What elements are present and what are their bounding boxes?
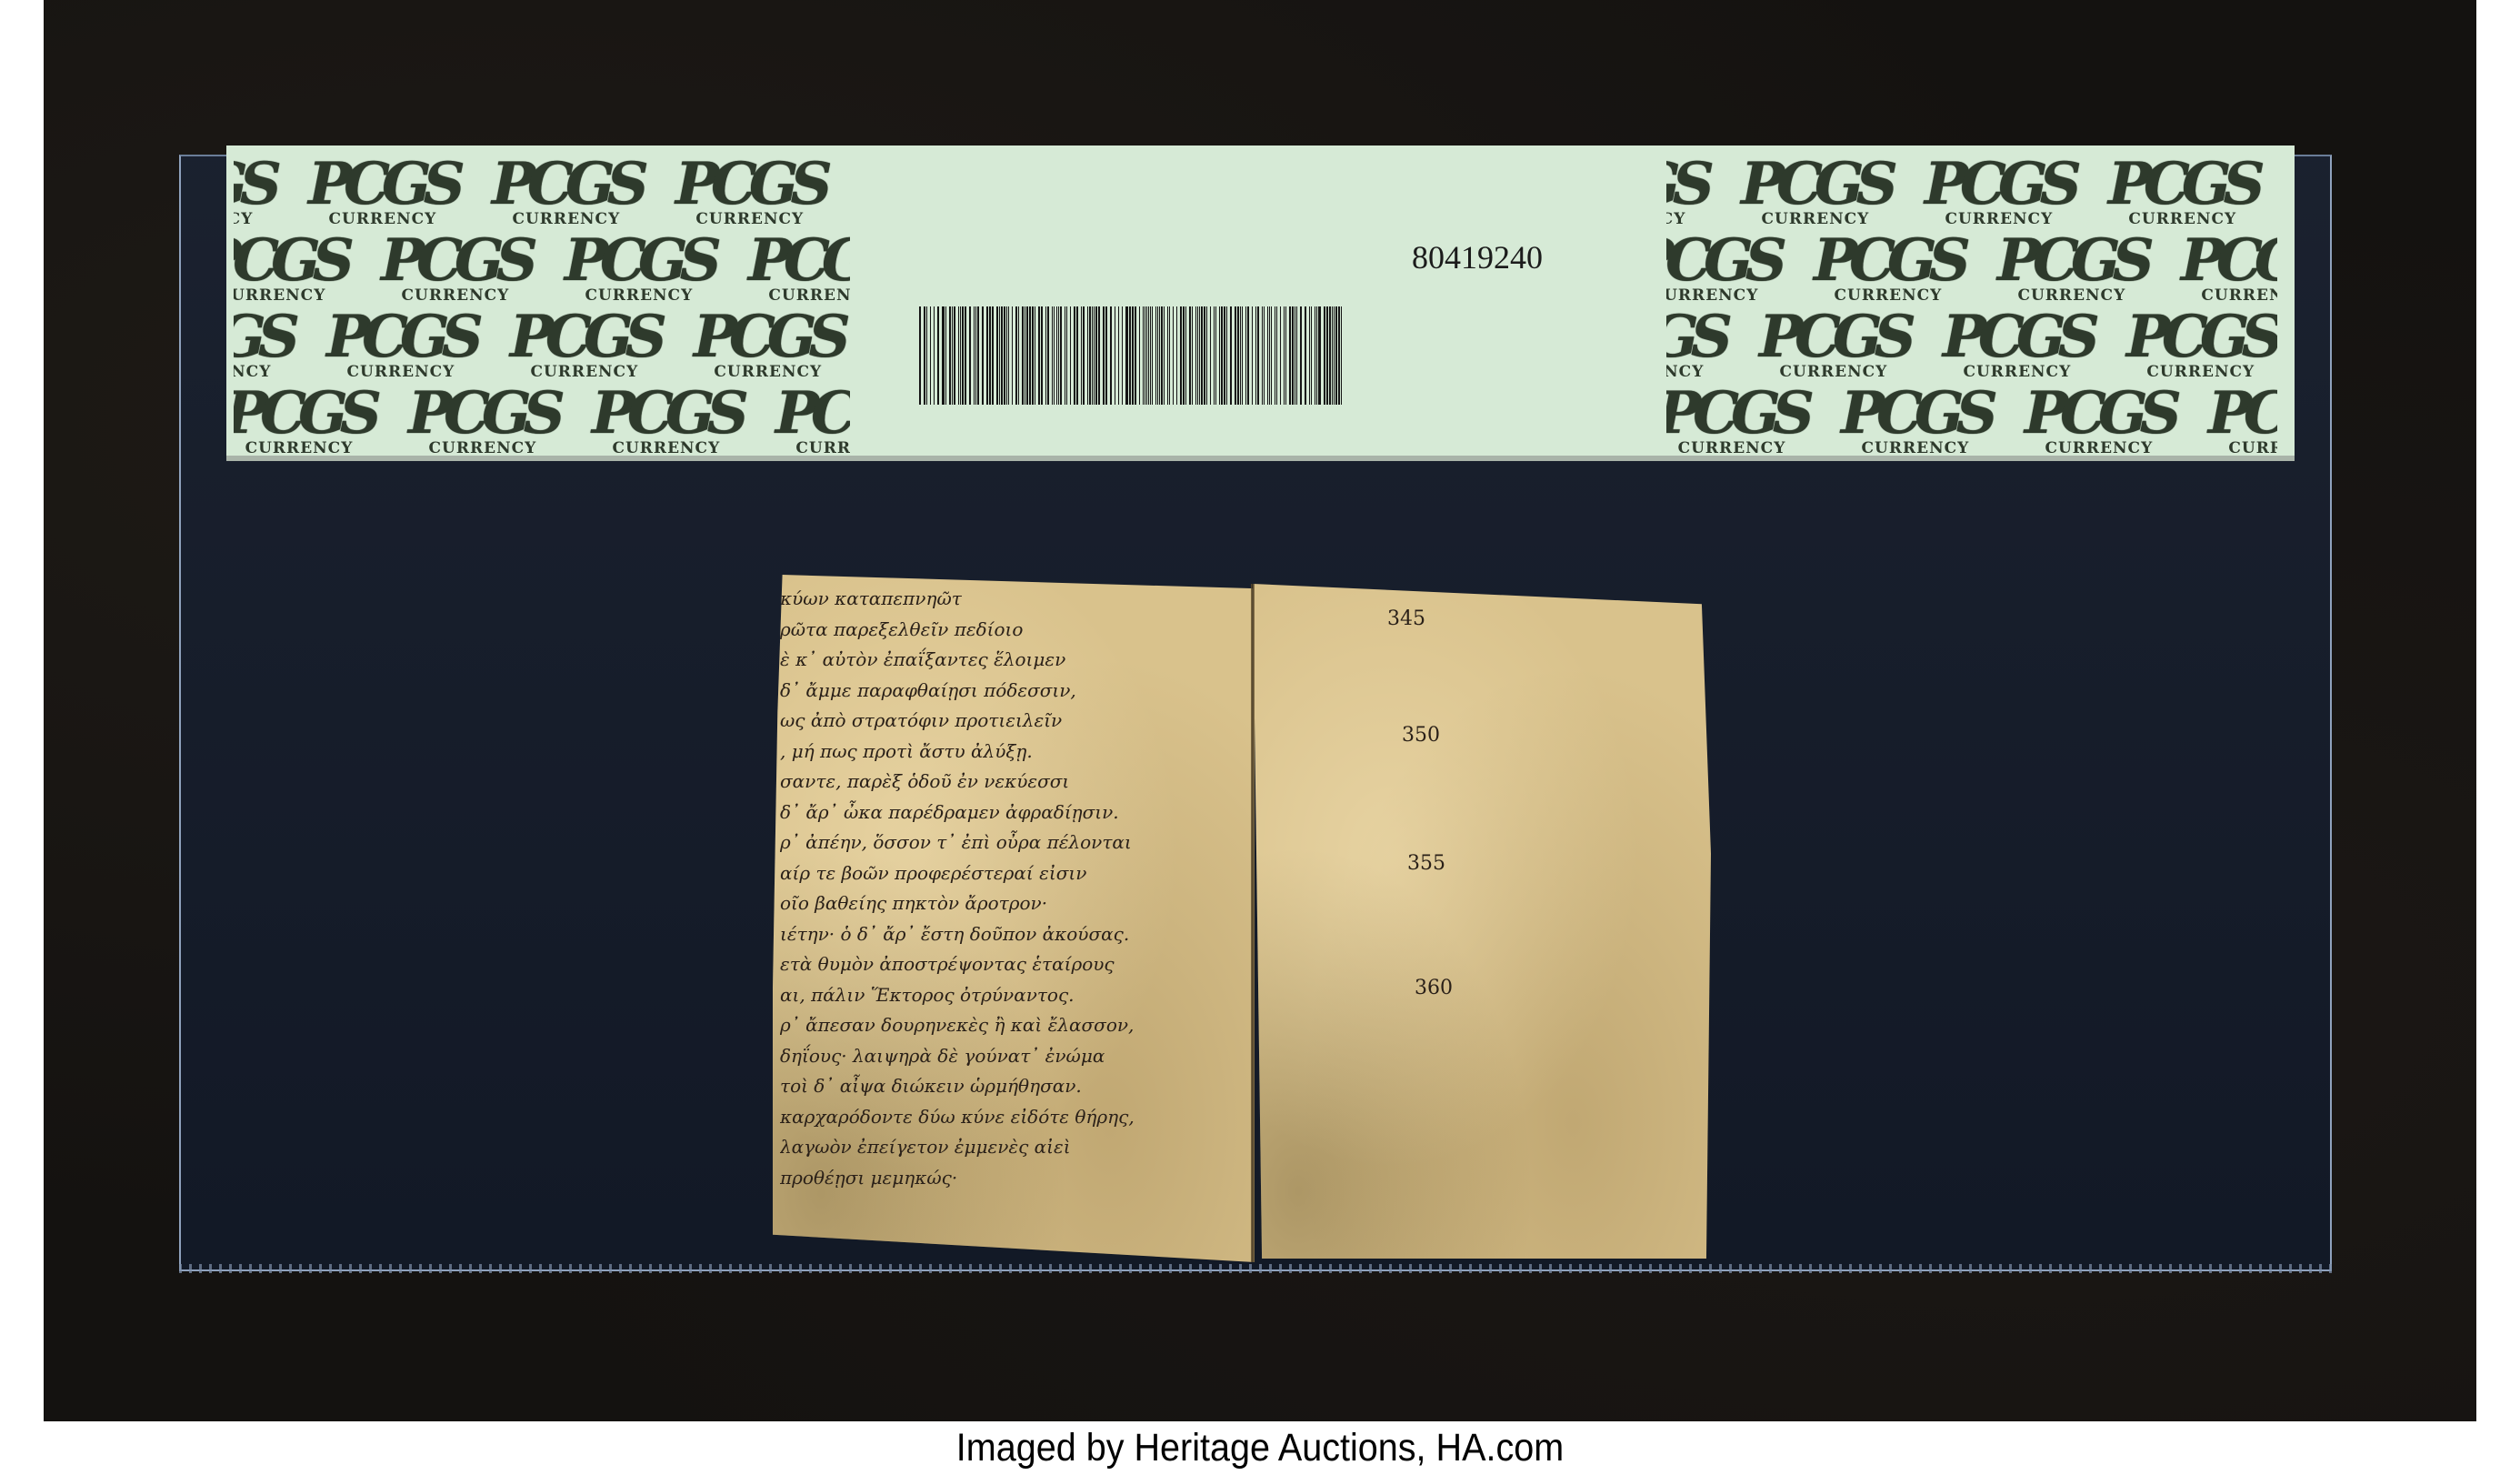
barcode [919, 306, 1343, 405]
barcode-bar [1066, 306, 1067, 405]
pcgs-logo-icon: PCGSCURRENCY [234, 158, 274, 227]
barcode-bar [919, 306, 921, 405]
barcode-bar [1269, 306, 1270, 405]
barcode-bar [1247, 306, 1249, 405]
pcgs-logo-icon: PCGSCURRENCY [2181, 235, 2277, 304]
barcode-bar [974, 306, 975, 405]
barcode-bar [1056, 306, 1057, 405]
barcode-bar [1058, 306, 1059, 405]
barcode-bar [1045, 306, 1046, 405]
barcode-bar [1118, 306, 1119, 405]
barcode-bar [954, 306, 955, 405]
pcgs-logo-icon: PCGSCURRENCY [234, 311, 292, 380]
pcgs-logo-icon: PCGSCURRENCY [492, 158, 641, 227]
pcgs-logo-icon: PCGSCURRENCY [2208, 387, 2277, 456]
barcode-bar [1235, 306, 1236, 405]
barcode-bar [982, 306, 983, 405]
barcode-bar [1094, 306, 1095, 405]
text-line: δηΐους· λαιψηρὰ δὲ γούνατ᾽ ἐνώμα [780, 1041, 1253, 1072]
greek-text: κύων καταπεπνηῶτ ρῶτα παρεξελθεῖν πεδίοι… [780, 584, 1253, 1193]
text-line: ρῶτα παρεξελθεῖν πεδίοιο [780, 615, 1253, 646]
barcode-bar [1076, 306, 1078, 405]
barcode-bar [992, 306, 994, 405]
logo-row: PCGSCURRENCYPCGSCURRENCYPCGSCURRENCYPCGS… [1666, 158, 2277, 227]
barcode-bar [990, 306, 991, 405]
line-number: 350 [1402, 724, 1440, 747]
pcgs-logo-icon: PCGSCURRENCY [308, 158, 457, 227]
pcgs-logo-icon: PCGSCURRENCY [2025, 387, 2174, 456]
barcode-bar [1038, 306, 1040, 405]
barcode-bar [1180, 306, 1182, 405]
pcgs-label: PCGSCURRENCYPCGSCURRENCYPCGSCURRENCYPCGS… [226, 145, 2295, 461]
barcode-bar [1087, 306, 1088, 405]
pcgs-logo-icon: PCGSCURRENCY [1666, 387, 1806, 456]
barcode-bar [1185, 306, 1186, 405]
text-line: αι, πάλιν Ἕκτορος ὀτρύναντος. [780, 980, 1253, 1011]
barcode-bar [1237, 306, 1239, 405]
barcode-bar [1242, 306, 1243, 405]
barcode-bar [1143, 306, 1144, 405]
logo-row: PCGSCURRENCYPCGSCURRENCYPCGSCURRENCYPCGS… [234, 311, 850, 380]
barcode-bar [1152, 306, 1153, 405]
barcode-bar [1305, 306, 1306, 405]
text-line: , μή πως προτὶ ἄστυ ἀλύξῃ. [780, 737, 1253, 768]
barcode-bar [952, 306, 953, 405]
barcode-bar [1083, 306, 1085, 405]
logo-panel-right: PCGSCURRENCYPCGSCURRENCYPCGSCURRENCYPCGS… [1666, 145, 2277, 456]
barcode-bar [1139, 306, 1140, 405]
text-line: ιέτην· ὁ δ᾽ ἄρ᾽ ἔστη δοῦπον ἀκούσας. [780, 919, 1253, 950]
barcode-bar [1173, 306, 1174, 405]
barcode-bar [1319, 306, 1321, 405]
barcode-bar [977, 306, 979, 405]
logo-row: PCGSCURRENCYPCGSCURRENCYPCGSCURRENCYPCGS… [1666, 311, 2277, 380]
pcgs-logo-icon: PCGSCURRENCY [1943, 311, 2092, 380]
pcgs-logo-icon: PCGSCURRENCY [592, 387, 741, 456]
barcode-bar [1105, 306, 1107, 405]
barcode-bar [986, 306, 988, 405]
barcode-bar [1065, 306, 1065, 405]
barcode-bar [1257, 306, 1259, 405]
pcgs-logo-icon: PCGSCURRENCY [775, 387, 850, 456]
barcode-bar [1204, 306, 1205, 405]
barcode-bar [1161, 306, 1162, 405]
barcode-bar [975, 306, 976, 405]
text-line: καρχαρόδοντε δύω κύνε εἰδότε θήρης, [780, 1102, 1253, 1133]
pcgs-logo-icon: PCGSCURRENCY [675, 158, 825, 227]
barcode-bar [945, 306, 946, 405]
barcode-bar [1275, 306, 1275, 405]
barcode-bar [1054, 306, 1055, 405]
barcode-bar [1195, 306, 1196, 405]
pcgs-logo-icon: PCGSCURRENCY [2126, 311, 2275, 380]
barcode-bar [965, 306, 966, 405]
barcode-bar [1150, 306, 1151, 405]
barcode-bar [1255, 306, 1256, 405]
barcode-bar [924, 306, 925, 405]
barcode-bar [1129, 306, 1131, 405]
barcode-bar [1240, 306, 1241, 405]
pcgs-logo-icon: PCGSCURRENCY [694, 311, 843, 380]
barcode-bar [960, 306, 961, 405]
barcode-bar [962, 306, 964, 405]
barcode-bar [1267, 306, 1268, 405]
barcode-bar [1122, 306, 1123, 405]
barcode-bar [1060, 306, 1061, 405]
barcode-bar [1098, 306, 1100, 405]
barcode-bar [1316, 306, 1317, 405]
barcode-bar [1132, 306, 1134, 405]
barcode-bar [1284, 306, 1285, 405]
barcode-bar [1041, 306, 1043, 405]
barcode-bar [1089, 306, 1091, 405]
barcode-bar [1111, 306, 1112, 405]
barcode-bar [1192, 306, 1193, 405]
text-line: οῖο βαθείης πηκτὸν ἄροτρον· [780, 888, 1253, 919]
barcode-bar [996, 306, 998, 405]
barcode-bar [934, 306, 935, 405]
barcode-bar [942, 306, 943, 405]
pcgs-logo-icon: PCGSCURRENCY [748, 235, 850, 304]
text-line: ετὰ θυμὸν ἀποστρέψοντας ἑταίρους [780, 949, 1253, 980]
pcgs-logo-icon: PCGSCURRENCY [326, 311, 475, 380]
barcode-bar [1315, 306, 1315, 405]
barcode-bar [1157, 306, 1158, 405]
barcode-bar [1115, 306, 1115, 405]
barcode-bar [1135, 306, 1136, 405]
logo-row: PCGSCURRENCYPCGSCURRENCYPCGSCURRENCYPCGS… [234, 387, 850, 456]
barcode-bar [1015, 306, 1017, 405]
barcode-bar [1215, 306, 1216, 405]
barcode-bar [1146, 306, 1147, 405]
barcode-bar [1167, 306, 1168, 405]
barcode-bar [1095, 306, 1097, 405]
barcode-bar [1145, 306, 1145, 405]
barcode-bar [1335, 306, 1337, 405]
barcode-bar [1318, 306, 1319, 405]
fragment-left-page: κύων καταπεπνηῶτ ρῶτα παρεξελθεῖν πεδίοι… [773, 575, 1255, 1262]
barcode-bar [1126, 306, 1128, 405]
pcgs-logo-icon: PCGSCURRENCY [1666, 311, 1725, 380]
barcode-bar [1125, 306, 1126, 405]
barcode-bar [1155, 306, 1156, 405]
barcode-bar [1334, 306, 1335, 405]
barcode-bar [1292, 306, 1294, 405]
barcode-bar [1110, 306, 1111, 405]
barcode-bar [1338, 306, 1339, 405]
barcode-bar [1295, 306, 1295, 405]
barcode-bar [1061, 306, 1062, 405]
barcode-bar [1035, 306, 1035, 405]
pcgs-logo-icon: PCGSCURRENCY [1925, 158, 2074, 227]
pcgs-logo-icon: PCGSCURRENCY [1666, 158, 1706, 227]
barcode-bar [1148, 306, 1149, 405]
barcode-bar [1264, 306, 1265, 405]
logo-row: PCGSCURRENCYPCGSCURRENCYPCGSCURRENCYPCGS… [234, 235, 850, 304]
text-line: ως ἀπὸ στρατόφιν προτιειλεῖν [780, 706, 1253, 737]
barcode-bar [1081, 306, 1082, 405]
barcode-bar [1022, 306, 1023, 405]
fragment-right-page: 345 350 355 360 [1253, 584, 1711, 1259]
barcode-bar [1008, 306, 1009, 405]
barcode-bar [1341, 306, 1342, 405]
barcode-bar [1018, 306, 1019, 405]
barcode-bar [1074, 306, 1075, 405]
text-line: ρ᾽ ἄπεσαν δουρηνεκὲς ἢ καὶ ἔλασσον, [780, 1010, 1253, 1041]
barcode-bar [1252, 306, 1253, 405]
barcode-bar [1004, 306, 1005, 405]
barcode-bar [1276, 306, 1277, 405]
barcode-bar [1103, 306, 1104, 405]
barcode-bar [1296, 306, 1297, 405]
text-line: προθέῃσι μεμηκώς· [780, 1163, 1253, 1194]
barcode-bar [989, 306, 990, 405]
barcode-bar [1285, 306, 1286, 405]
text-line: τοὶ δ᾽ αἶψα διώκειν ὡρμήθησαν. [780, 1071, 1253, 1102]
pcgs-logo-icon: PCGSCURRENCY [1741, 158, 1890, 227]
pcgs-logo-icon: PCGSCURRENCY [510, 311, 659, 380]
barcode-bar [1221, 306, 1223, 405]
fragment-fold-tear [1251, 584, 1255, 1262]
text-line: ρ᾽ ἀπέην, ὅσσον τ᾽ ἐπὶ οὖρα πέλονται [780, 828, 1253, 858]
barcode-bar [1012, 306, 1013, 405]
barcode-bar [1245, 306, 1246, 405]
barcode-bar [1159, 306, 1160, 405]
barcode-bar [1001, 306, 1003, 405]
barcode-bar [1219, 306, 1220, 405]
barcode-bar [930, 306, 931, 405]
barcode-bar [999, 306, 1000, 405]
logo-row: PCGSCURRENCYPCGSCURRENCYPCGSCURRENCYPCGS… [1666, 235, 2277, 304]
barcode-bar [1176, 306, 1177, 405]
barcode-bar [943, 306, 945, 405]
pcgs-logo-icon: PCGSCURRENCY [565, 235, 714, 304]
pcgs-logo-icon: PCGSCURRENCY [1666, 235, 1779, 304]
barcode-bar [969, 306, 971, 405]
line-number: 355 [1407, 852, 1445, 875]
pcgs-logo-icon: PCGSCURRENCY [2108, 158, 2257, 227]
pcgs-logo-icon: PCGSCURRENCY [1814, 235, 1963, 304]
pcgs-logo-icon: PCGSCURRENCY [1997, 235, 2146, 304]
logo-panel-left: PCGSCURRENCYPCGSCURRENCYPCGSCURRENCYPCGS… [234, 145, 850, 456]
barcode-bar [1326, 306, 1328, 405]
barcode-bar [1226, 306, 1227, 405]
pcgs-logo-icon: PCGSCURRENCY [1841, 387, 1990, 456]
barcode-bar [1189, 306, 1191, 405]
barcode-bar [1311, 306, 1312, 405]
barcode-bar [958, 306, 959, 405]
barcode-bar [1052, 306, 1053, 405]
barcode-bar [1210, 306, 1211, 405]
barcode-bar [937, 306, 939, 405]
line-number: 360 [1415, 977, 1453, 999]
text-line: λαγωὸν ἐπείγετον ἐμμενὲς αἰεὶ [780, 1132, 1253, 1163]
barcode-bar [926, 306, 927, 405]
barcode-bar [1329, 306, 1331, 405]
barcode-bar [1047, 306, 1048, 405]
text-line: ὲ κ᾽ αὐτὸν ἐπαΐξαντες ἕλοιμεν [780, 645, 1253, 676]
text-line: δ᾽ ἄμμε παραφθαίῃσι πόδεσσιν, [780, 676, 1253, 707]
barcode-bar [1224, 306, 1225, 405]
barcode-bar [1025, 306, 1025, 405]
barcode-bar [1048, 306, 1049, 405]
barcode-bar [1070, 306, 1071, 405]
pcgs-logo-icon: PCGSCURRENCY [234, 387, 374, 456]
barcode-bar [1206, 306, 1207, 405]
text-line: αίρ τε βοῶν προφερέστεραί εἰσιν [780, 858, 1253, 889]
barcode-bar [1164, 306, 1165, 405]
barcode-bar [1006, 306, 1007, 405]
barcode-bar [1289, 306, 1291, 405]
barcode-bar [1230, 306, 1232, 405]
barcode-bar [949, 306, 951, 405]
image-credit-caption: Imaged by Heritage Auctions, HA.com [101, 1421, 2419, 1475]
pcgs-logo-icon: PCGSCURRENCY [408, 387, 557, 456]
barcode-bar [1309, 306, 1310, 405]
barcode-bar [1300, 306, 1302, 405]
logo-row: PCGSCURRENCYPCGSCURRENCYPCGSCURRENCYPCGS… [1666, 387, 2277, 456]
text-line: κύων καταπεπνηῶτ [780, 584, 1253, 615]
line-number: 345 [1387, 607, 1425, 630]
barcode-bar [1271, 306, 1272, 405]
barcode-bar [1197, 306, 1198, 405]
barcode-bar [1026, 306, 1028, 405]
text-line: σαντε, παρὲξ ὁδοῦ ἐν νεκύεσσι [780, 767, 1253, 798]
pcgs-logo-icon: PCGSCURRENCY [234, 235, 346, 304]
pcgs-logo-icon: PCGSCURRENCY [381, 235, 530, 304]
barcode-bar [1324, 306, 1325, 405]
barcode-bar [1199, 306, 1200, 405]
barcode-bar [1029, 306, 1031, 405]
manuscript-fragment: κύων καταπεπνηῶτ ρῶτα παρεξελθεῖν πεδίοι… [773, 571, 1711, 1262]
barcode-bar [1262, 306, 1263, 405]
holder-bottom-edge [179, 1264, 2332, 1273]
barcode-bar [1032, 306, 1034, 405]
barcode-bar [1280, 306, 1281, 405]
barcode-bar [1183, 306, 1185, 405]
barcode-bar [1332, 306, 1333, 405]
text-line: δ᾽ ἄρ᾽ ὦκα παρέδραμεν ἀφραδίῃσιν. [780, 798, 1253, 828]
barcode-bar [1169, 306, 1170, 405]
barcode-bar [1214, 306, 1215, 405]
logo-row: PCGSCURRENCYPCGSCURRENCYPCGSCURRENCYPCGS… [234, 158, 850, 227]
pcgs-logo-icon: PCGSCURRENCY [1759, 311, 1908, 380]
barcode-bar [1092, 306, 1093, 405]
barcode-bar [1201, 306, 1203, 405]
